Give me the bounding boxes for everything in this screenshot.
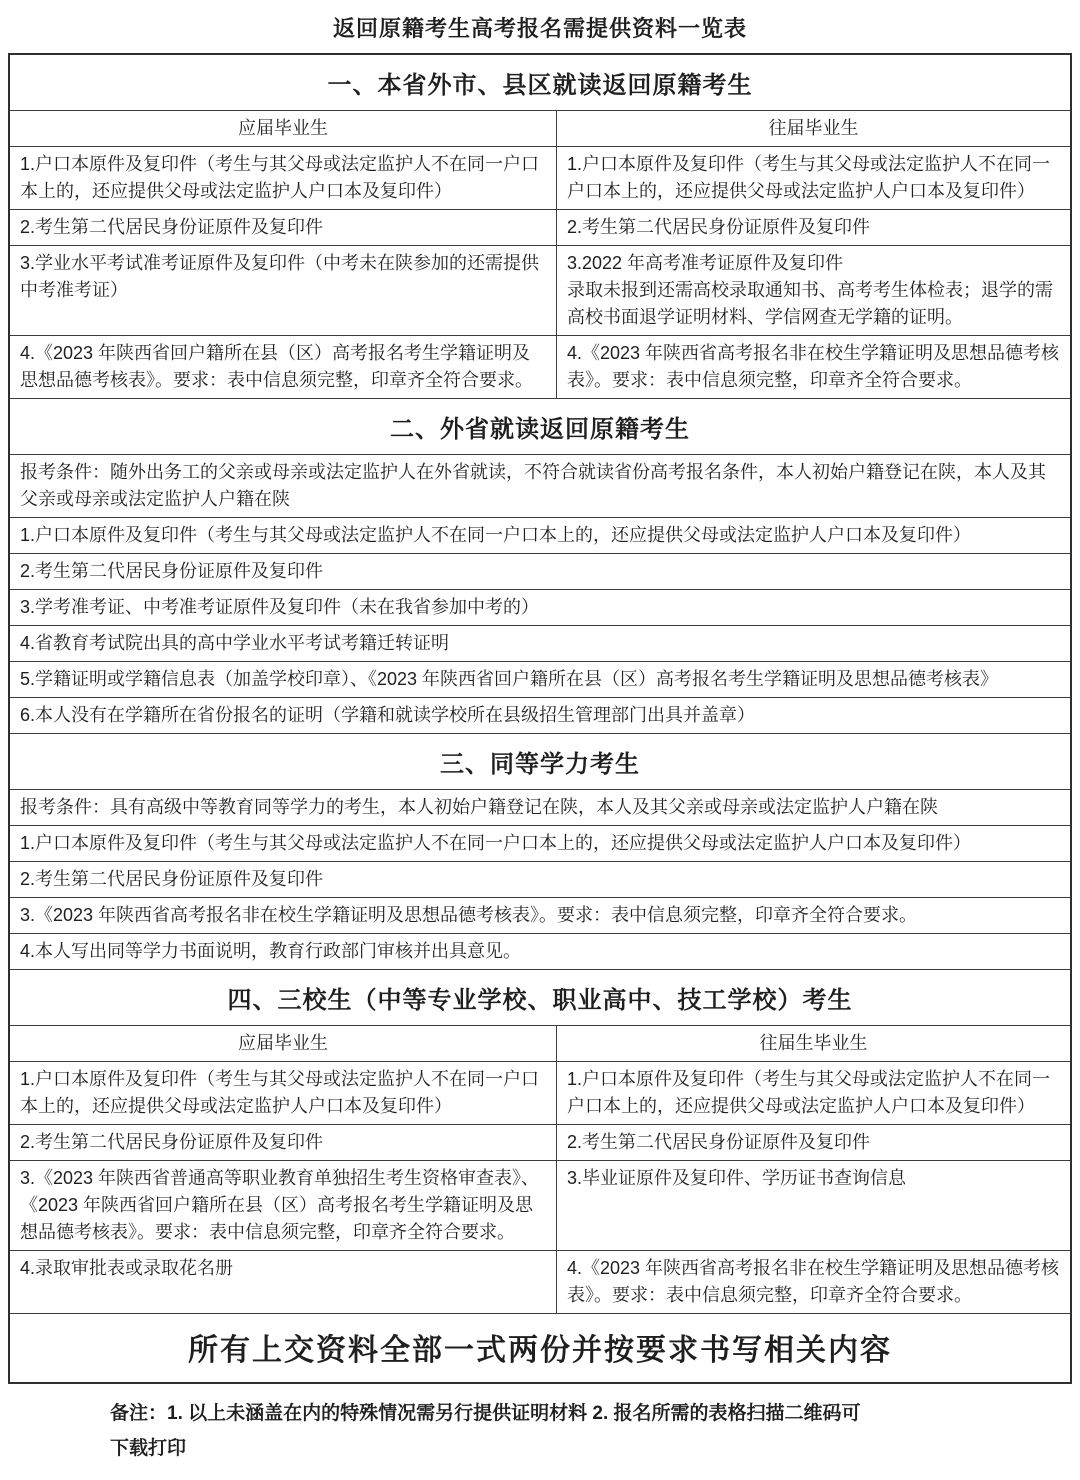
section-2-header: 二、外省就读返回原籍考生 [10, 398, 1070, 454]
table-cell-right: 1.户口本原件及复印件（考生与其父母或法定监护人不在同一户口本上的，还应提供父母… [557, 147, 1070, 209]
table-row: 2.考生第二代居民身份证原件及复印件 [10, 553, 1070, 589]
table-row: 3.学考准考证、中考准考证原件及复印件（未在我省参加中考的） [10, 589, 1070, 625]
table-row: 1.户口本原件及复印件（考生与其父母或法定监护人不在同一户口本上的，还应提供父母… [10, 825, 1070, 861]
cell-paragraph: 3.2022 年高考准考证原件及复印件 [567, 250, 1060, 277]
table-cell-right: 3.毕业证原件及复印件、学历证书查询信息 [557, 1161, 1070, 1250]
table-cell-right: 3.2022 年高考准考证原件及复印件 录取未报到还需高校录取通知书、高考考生体… [557, 246, 1070, 335]
table-row: 1.户口本原件及复印件（考生与其父母或法定监护人不在同一户口本上的，还应提供父母… [10, 146, 1070, 209]
table-cell-right: 2.考生第二代居民身份证原件及复印件 [557, 1125, 1070, 1160]
page-title: 返回原籍考生高考报名需提供资料一览表 [0, 12, 1080, 43]
table-row: 1.户口本原件及复印件（考生与其父母或法定监护人不在同一户口本上的，还应提供父母… [10, 517, 1070, 553]
table-row: 5.学籍证明或学籍信息表（加盖学校印章）、《2023 年陕西省回户籍所在县（区）… [10, 661, 1070, 697]
column-header-former-graduates: 往届生毕业生 [557, 1026, 1070, 1061]
table-row: 3.学业水平考试准考证原件及复印件（中考未在陕参加的还需提供中考准考证） 3.2… [10, 245, 1070, 335]
section-4-column-headers: 应届毕业生 往届生毕业生 [10, 1025, 1070, 1061]
section-1-column-headers: 应届毕业生 往届毕业生 [10, 110, 1070, 146]
table-row: 2.考生第二代居民身份证原件及复印件 2.考生第二代居民身份证原件及复印件 [10, 209, 1070, 245]
table-cell-right: 1.户口本原件及复印件（考生与其父母或法定监护人不在同一户口本上的，还应提供父母… [557, 1062, 1070, 1124]
table-cell-left: 3.学业水平考试准考证原件及复印件（中考未在陕参加的还需提供中考准考证） [10, 246, 557, 335]
table-row: 4.本人写出同等学力书面说明，教育行政部门审核并出具意见。 [10, 933, 1070, 969]
table-row: 报考条件：具有高级中等教育同等学力的考生，本人初始户籍登记在陕，本人及其父亲或母… [10, 789, 1070, 825]
table-row: 4.省教育考试院出具的高中学业水平考试考籍迁转证明 [10, 625, 1070, 661]
table-cell-left: 4.《2023 年陕西省回户籍所在县（区）高考报名考生学籍证明及思想品德考核表》… [10, 336, 557, 398]
table-cell-right: 4.《2023 年陕西省高考报名非在校生学籍证明及思想品德考核表》。要求：表中信… [557, 336, 1070, 398]
column-header-former-graduates: 往届毕业生 [557, 111, 1070, 146]
section-4-header: 四、三校生（中等专业学校、职业高中、技工学校）考生 [10, 969, 1070, 1025]
remarks-note-line-1: 备注：1. 以上未涵盖在内的特殊情况需另行提供证明材料 2. 报名所需的表格扫描… [110, 1396, 1020, 1431]
table-row: 4.《2023 年陕西省回户籍所在县（区）高考报名考生学籍证明及思想品德考核表》… [10, 335, 1070, 398]
table-row: 3.《2023 年陕西省高考报名非在校生学籍证明及思想品德考核表》。要求：表中信… [10, 897, 1070, 933]
main-table: 一、本省外市、县区就读返回原籍考生 应届毕业生 往届毕业生 1.户口本原件及复印… [8, 53, 1072, 1384]
section-3-header: 三、同等学力考生 [10, 733, 1070, 789]
section-1-header: 一、本省外市、县区就读返回原籍考生 [10, 55, 1070, 110]
table-row: 6.本人没有在学籍所在省份报名的证明（学籍和就读学校所在县级招生管理部门出具并盖… [10, 697, 1070, 733]
table-row: 3.《2023 年陕西省普通高等职业教育单独招生考生资格审查表》、《2023 年… [10, 1160, 1070, 1250]
table-row: 2.考生第二代居民身份证原件及复印件 2.考生第二代居民身份证原件及复印件 [10, 1124, 1070, 1160]
cell-paragraph: 录取未报到还需高校录取通知书、高考考生体检表；退学的需高校书面退学证明材料、学信… [567, 277, 1060, 331]
footer-banner: 所有上交资料全部一式两份并按要求书写相关内容 [10, 1313, 1070, 1382]
table-row: 1.户口本原件及复印件（考生与其父母或法定监护人不在同一户口本上的，还应提供父母… [10, 1061, 1070, 1124]
table-row: 报考条件：随外出务工的父亲或母亲或法定监护人在外省就读，不符合就读省份高考报名条… [10, 454, 1070, 517]
document-page: 返回原籍考生高考报名需提供资料一览表 一、本省外市、县区就读返回原籍考生 应届毕… [0, 0, 1080, 1480]
table-cell-left: 4.录取审批表或录取花名册 [10, 1251, 557, 1313]
column-header-current-graduates: 应届毕业生 [10, 111, 557, 146]
table-row: 2.考生第二代居民身份证原件及复印件 [10, 861, 1070, 897]
table-cell-left: 3.《2023 年陕西省普通高等职业教育单独招生考生资格审查表》、《2023 年… [10, 1161, 557, 1250]
remarks-note-line-2: 下载打印 [110, 1431, 1020, 1466]
table-cell-left: 2.考生第二代居民身份证原件及复印件 [10, 210, 557, 245]
table-cell-right: 2.考生第二代居民身份证原件及复印件 [557, 210, 1070, 245]
table-cell-left: 2.考生第二代居民身份证原件及复印件 [10, 1125, 557, 1160]
remarks-note: 备注：1. 以上未涵盖在内的特殊情况需另行提供证明材料 2. 报名所需的表格扫描… [110, 1396, 1020, 1466]
table-cell-left: 1.户口本原件及复印件（考生与其父母或法定监护人不在同一户口本上的，还应提供父母… [10, 1062, 557, 1124]
column-header-current-graduates: 应届毕业生 [10, 1026, 557, 1061]
table-cell-left: 1.户口本原件及复印件（考生与其父母或法定监护人不在同一户口本上的，还应提供父母… [10, 147, 557, 209]
table-row: 4.录取审批表或录取花名册 4.《2023 年陕西省高考报名非在校生学籍证明及思… [10, 1250, 1070, 1313]
table-cell-right: 4.《2023 年陕西省高考报名非在校生学籍证明及思想品德考核表》。要求：表中信… [557, 1251, 1070, 1313]
